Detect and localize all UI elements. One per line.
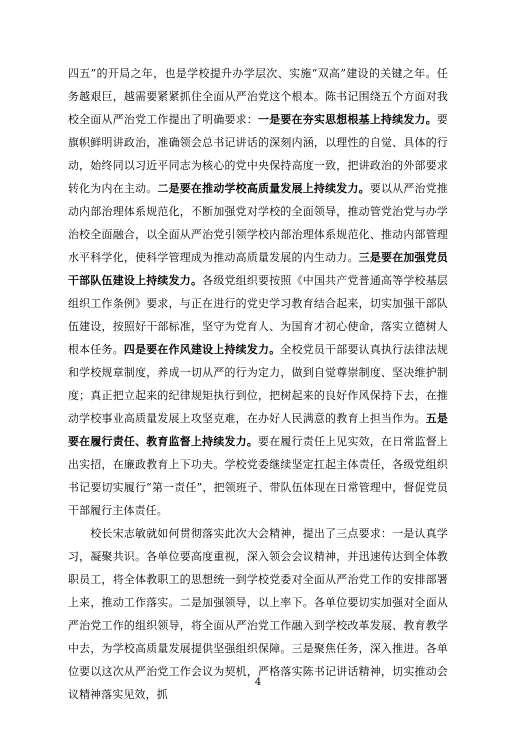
- paragraph-secretary-five-requirements: 四五”的开局之年，也是学校提升办学层次、实施“双高”建设的关键之年。任务越艰巨，…: [68, 62, 448, 522]
- document-page: 四五”的开局之年，也是学校提升办学层次、实施“双高”建设的关键之年。任务越艰巨，…: [0, 0, 516, 733]
- bold-text-run: 一是要在夯实思想根基上持续发力。: [258, 113, 437, 126]
- text-run: 校长宋志敏就如何贯彻落实此次大会精神，提出了三点要求：一是认真学习，凝聚共识。各…: [68, 527, 448, 701]
- bold-text-run: 二是要在推动学校高质量发展上持续发力。: [157, 182, 369, 195]
- page-number: 4: [255, 677, 261, 688]
- document-body: 四五”的开局之年，也是学校提升办学层次、实施“双高”建设的关键之年。任务越艰巨，…: [68, 62, 448, 706]
- bold-text-run: 四是要在作风建设上持续发力。: [124, 343, 281, 356]
- page-footer: 4: [0, 676, 516, 690]
